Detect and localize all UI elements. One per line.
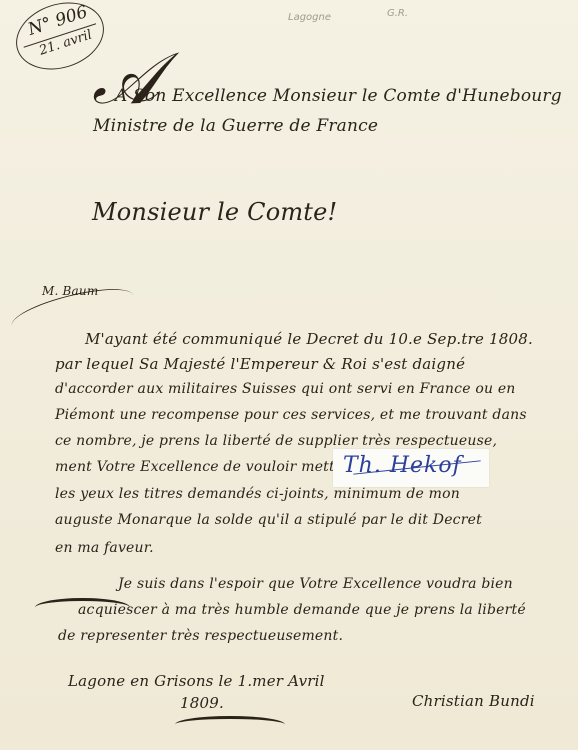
pencil-note-right: G.R. [387,8,408,19]
body-line: auguste Monarque la solde qu'il a stipul… [55,512,482,528]
address-line-1: A Son Excellence Monsieur le Comte d'Hun… [115,86,562,106]
closing-line: acquiescer à ma très humble demande que … [78,602,526,618]
pasted-signature-patch: Th. Hekof [333,449,489,487]
place-date-line: Lagone en Grisons le 1.mer Avril [68,672,325,690]
body-line: ce nombre, je prens la liberté de suppli… [55,433,497,449]
address-line-2: Ministre de la Guerre de France [93,116,378,136]
pencil-note-center: Lagogne [288,12,331,23]
body-line: Piémont une recompense pour ces services… [55,407,527,423]
closing-line: Je suis dans l'espoir que Votre Excellen… [118,576,513,592]
salutation: Monsieur le Comte! [92,198,337,226]
date-flourish [175,716,285,733]
closing-line: de representer très respectueusement. [58,628,343,644]
body-line: les yeux les titres demandés ci-joints, … [55,486,460,502]
letter-page: N° 906 21. avril Lagogne G.R. 𝒜 A Son Ex… [0,0,578,750]
author-signature: Christian Bundi [412,692,535,710]
body-line: d'accorder aux militaires Suisses qui on… [55,381,516,397]
date-year: 1809. [180,694,224,712]
body-line: en ma faveur. [55,540,154,556]
body-line: par lequel Sa Majesté l'Empereur & Roi s… [55,355,465,373]
body-line: M'ayant été communiqué le Decret du 10.e… [85,330,533,348]
overlay-signature: Th. Hekof [343,453,462,478]
